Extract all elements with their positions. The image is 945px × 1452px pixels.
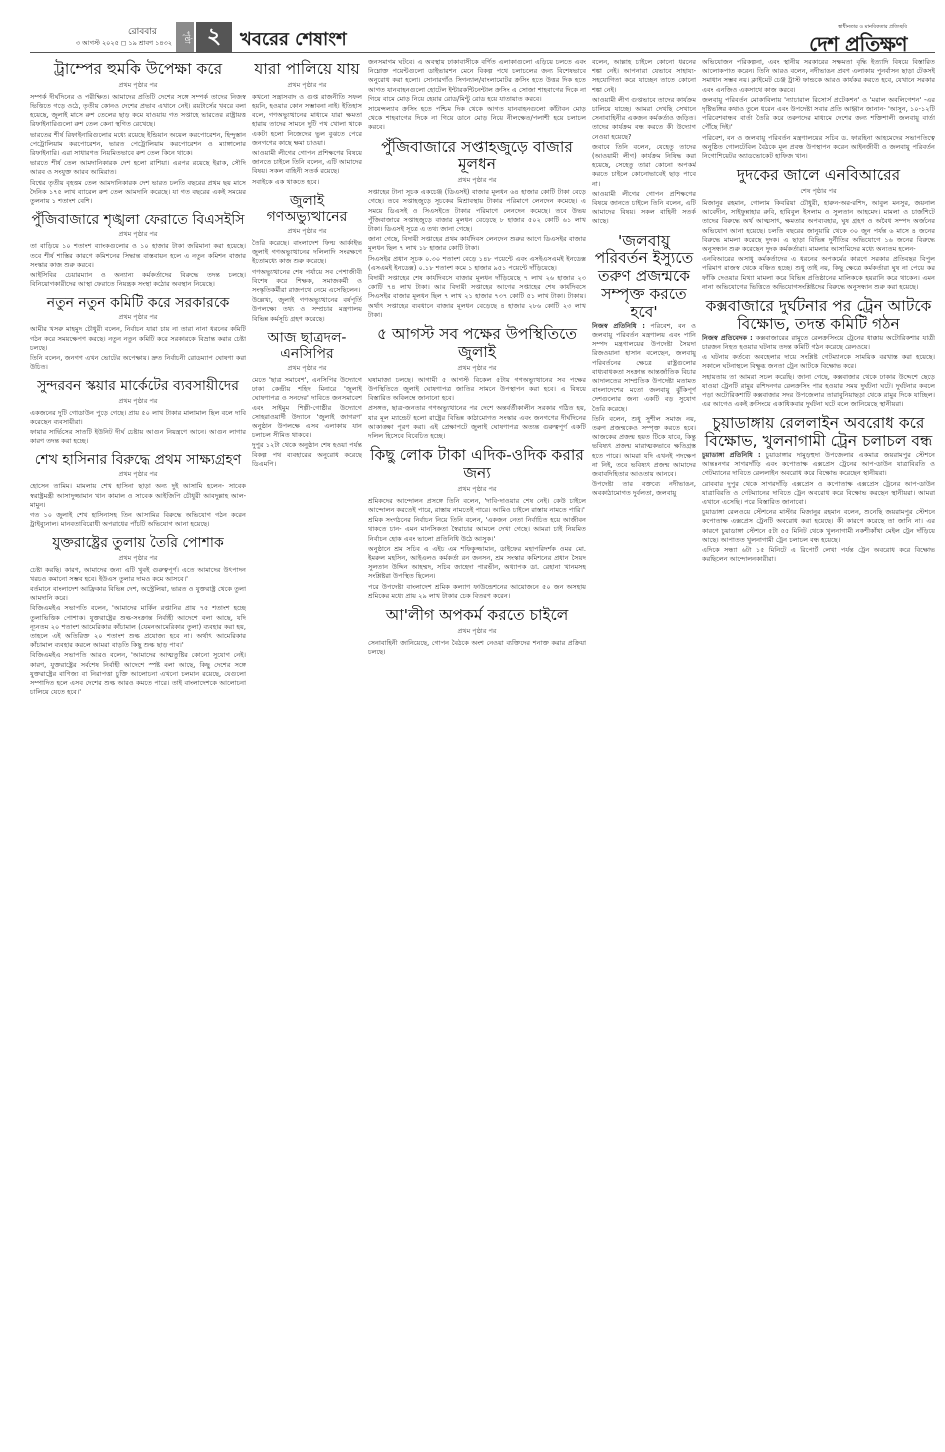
page-tag: পৃষ্ঠা — [176, 22, 194, 52]
headline: পুঁজিবাজারে সপ্তাহজুড়ে বাজার মূলধন — [368, 139, 586, 175]
paragraph: হোসেন তামিম। মামলায় শেখ হাসিনা ছাড়া অন… — [30, 482, 246, 510]
paragraph: শ্রমিকদের আন্দোলন প্রসঙ্গে তিনি বলেন, 'দ… — [368, 497, 586, 515]
paragraph: অনুষ্ঠানে শ্রম সচিব এ এইচ এম শফিকুজ্জামা… — [368, 545, 586, 582]
continuation-label: প্রথম পৃষ্ঠার পর — [368, 363, 586, 374]
paragraph: ফায়ার সার্ভিসের সাতটি ইউনিট দীর্ঘ চেষ্ট… — [30, 428, 246, 446]
continuation-label: প্রথম পৃষ্ঠার পর — [252, 80, 362, 91]
paragraph: জলবায়ু পরিবর্তন মোকাবিলায় 'ন্যাচারাল র… — [702, 96, 935, 133]
headline: আজ ছাত্রদল-এনসিপির — [252, 330, 362, 362]
article-climate-cont: অভিযোজন পরিকল্পনা, এবং স্থানীয় সরকারের … — [702, 58, 935, 161]
headline: ট্রাম্পের হুমকি উপেক্ষা করে — [30, 61, 246, 79]
paragraph: চুয়াডাঙ্গা প্রতিনিধি : চুয়াডাঙ্গার দাম… — [702, 451, 935, 479]
paragraph: ভারতের শীর্ষ রিফাইনারিগুলোর মধ্যে রয়েছে… — [30, 131, 246, 159]
article-aug5: ৫ আগস্ট সব পক্ষের উপস্থিতিতে জুলাই প্রথম… — [368, 326, 586, 441]
paragraph: জানা গেছে, বিদায়ী সপ্তাহের প্রথম কার্যদ… — [368, 235, 586, 253]
newspaper-page: রোববার ৩ আগস্ট ২০২৫ ◻ ১৯ শ্রাবণ ১৪৩২ পৃষ… — [30, 22, 935, 53]
continuation-label: শেষ পৃষ্ঠার পর — [702, 186, 935, 197]
dateline: নিজস্ব প্রতিনিধি : — [592, 322, 645, 330]
continuation-label: প্রথম পৃষ্ঠার পর — [252, 226, 362, 237]
paragraph: এনবিআরের অসাধু কর্মকর্তাদের এ ধরনের অপকর… — [702, 255, 935, 292]
paragraph: উপদেষ্টা তার বক্তব্যে নদীভাঙন, অবকাঠামোগ… — [592, 480, 696, 498]
paragraph: উল্লেখ্য, জুলাই গণঅভ্যুত্থানের বর্ষপূর্ত… — [252, 296, 362, 324]
paragraph: মেতে 'ছাত্র সমাবেশ', এনসিপির উদ্যোগে ঢাক… — [252, 376, 362, 440]
masthead-day: রোববার — [128, 24, 157, 39]
continuation-label: প্রথম পৃষ্ঠার পর — [368, 175, 586, 186]
article-al-cont: বলেন, আল্লাহ চাইলে কোনো ধরনের শঙ্কা নেই।… — [592, 58, 696, 227]
article-chuadanga: চুয়াডাঙ্গায় রেললাইন অবরোধ করে বিক্ষোভ,… — [702, 415, 935, 564]
article-ncp: আজ ছাত্রদল-এনসিপির প্রথম পৃষ্ঠার পর মেতে… — [252, 330, 362, 469]
headline: কক্সবাজারে দুর্ঘটনার পর ট্রেন আটকে বিক্ষ… — [702, 298, 935, 334]
paragraph: নিজস্ব প্রতিবেদক : কক্সবাজারের রামুতে রে… — [702, 334, 935, 352]
paragraph: পরিবেশ, বন ও জলবায়ু পরিবর্তন মন্ত্রণালয… — [702, 134, 935, 162]
article-stock-market: পুঁজিবাজারে সপ্তাহজুড়ে বাজার মূলধন প্রথ… — [368, 139, 586, 320]
headline: চুয়াডাঙ্গায় রেললাইন অবরোধ করে বিক্ষোভ,… — [702, 415, 935, 451]
column-3: জনসমাগম ঘটবে। এ অবস্থায় ঢাকাবাসীকে বর্ণ… — [368, 58, 586, 1448]
article-flee: যারা পালিয়ে যায় প্রথম পৃষ্ঠার পর কখনো … — [252, 61, 362, 187]
paragraph: ঘষামাজা চলছে। আগামী ৫ আগস্ট বিকেল ৫টায় … — [368, 376, 586, 404]
paragraph: বলেন, আল্লাহ চাইলে কোনো ধরনের শঙ্কা নেই।… — [592, 58, 696, 95]
continuation-label: প্রথম পৃষ্ঠার পর — [30, 396, 246, 407]
dateline: নিজস্ব প্রতিবেদক : — [702, 334, 753, 342]
paragraph: জনসমাগম ঘটবে। এ অবস্থায় ঢাকাবাসীকে বর্ণ… — [368, 58, 586, 104]
continuation-label: প্রথম পৃষ্ঠার পর — [30, 553, 246, 564]
paragraph: দুপুর ১২টা থেকে অনুষ্ঠান শেষ হওয়া পর্যন… — [252, 441, 362, 469]
paragraph: বিশ্বের তৃতীয় বৃহত্তম তেল আমদানিকারক দে… — [30, 179, 246, 207]
paragraph: সম্পর্ক দীর্ঘদিনের ও পরীক্ষিত। আমাদের প্… — [30, 93, 246, 130]
article-us-cotton: যুক্তরাষ্ট্রের তুলায় তৈরি পোশাক প্রথম প… — [30, 535, 246, 697]
headline: সুন্দরবন স্কয়ার মার্কেটের ব্যবসায়ীদের — [30, 378, 246, 394]
column-1: ট্রাম্পের হুমকি উপেক্ষা করে প্রথম পৃষ্ঠা… — [30, 58, 246, 1448]
paragraph: কখনো সন্ত্রাসবাদ ও গুপ্ত রাজনীতি সফল হয়… — [252, 93, 362, 148]
paragraph: বিদায়ী সপ্তাহের শেষ কার্যদিবসে বাজার মূ… — [368, 274, 586, 320]
headline: যুক্তরাষ্ট্রের তুলায় তৈরি পোশাক — [30, 535, 246, 551]
paragraph: এ ঘটনায় কর্তব্যে অবহেলার দায়ে সংশ্লিষ্… — [702, 353, 935, 371]
paragraph: আওয়ামী লীগ গুপ্তভাবে তাদের কার্যক্রম চা… — [592, 96, 696, 142]
paragraph: আমীর খসরু মাহমুদ চৌধুরী বলেন, নির্বাচন য… — [30, 325, 246, 353]
headline: জুলাই গণঅভ্যুত্থানের — [252, 193, 362, 225]
paragraph: জবাবে তিনি বলেন, যেহেতু তাদের (আওয়ামী ল… — [592, 143, 696, 189]
continuation-label: প্রথম পৃষ্ঠার পর — [30, 312, 246, 323]
headline: পুঁজিবাজারে শৃঙ্খলা ফেরাতে বিএসইসি — [30, 212, 246, 228]
article-labor: কিছু লোক টাকা এদিক-ওদিক করার জন্য প্রথম … — [368, 447, 586, 601]
paragraph: আওয়ামী লীগের গোপন প্রশিক্ষণের বিষয়ে জা… — [252, 149, 362, 177]
paragraph: তিনি বলেন, শুধু সুশীল সমাজ নয়, তরুণ প্র… — [592, 415, 696, 479]
headline: আ'লীগ অপকর্ম করতে চাইলে — [368, 607, 586, 625]
article-trump: ট্রাম্পের হুমকি উপেক্ষা করে প্রথম পৃষ্ঠা… — [30, 61, 246, 206]
column-5: অভিযোজন পরিকল্পনা, এবং স্থানীয় সরকারের … — [702, 58, 935, 1448]
paragraph: এদিকে সন্ধ্যা ৬টা ১৫ মিনিটে এ রিপোর্ট লে… — [702, 546, 935, 564]
article-july-uprising: জুলাই গণঅভ্যুত্থানের প্রথম পৃষ্ঠার পর তৈ… — [252, 193, 362, 324]
paragraph: সায়েন্সল্যাব ক্রসিং হতে পশ্চিম দিক থেকে… — [368, 105, 586, 133]
paragraph: প্রসঙ্গত, ছাত্র-জনতার গণঅভ্যুত্থানের পর … — [368, 404, 586, 441]
paragraph: তা বাড়িয়ে ১০ শতাংশ ব্যাংকগুলোর ও ১০ হা… — [30, 242, 246, 270]
paragraph: একজনের দুটি গোডাউন পুড়ে গেছে। প্রায় ৫০… — [30, 409, 246, 427]
article-climate-youth: 'জলবায়ু পরিবর্তন ইস্যুতে তরুণ প্রজন্মকে… — [592, 233, 696, 499]
paragraph: গত ১০ জুলাই শেখ হাসিনাসহ তিন আসামির বিরু… — [30, 511, 246, 529]
headline: কিছু লোক টাকা এদিক-ওদিক করার জন্য — [368, 447, 586, 483]
paragraph: সহায়তায় তা আমরা সচল করেছি। জানা গেছে, … — [702, 373, 935, 410]
article-al-misdeed: আ'লীগ অপকর্ম করতে চাইলে প্রথম পৃষ্ঠার পর… — [368, 607, 586, 657]
paragraph: চুয়াডাঙ্গা রেলওয়ে স্টেশনের মাস্টার মিজ… — [702, 508, 935, 545]
paragraph-text: পরিবেশ, বন ও জলবায়ু পরিবর্তন মন্ত্রণালয… — [592, 322, 696, 413]
headline: দুদকের জালে এনবিআরের — [702, 167, 935, 185]
continuation-label: প্রথম পৃষ্ঠার পর — [30, 80, 246, 91]
headline: ৫ আগস্ট সব পক্ষের উপস্থিতিতে জুলাই — [368, 326, 586, 362]
dateline: চুয়াডাঙ্গা প্রতিনিধি : — [702, 451, 761, 459]
paragraph: চেষ্টা করছি। কারণ, আমাদের জন্য এটি খুবই … — [30, 566, 246, 584]
masthead-date: ৩ আগস্ট ২০২৫ ◻ ১৯ শ্রাবণ ১৪৩২ — [30, 38, 172, 49]
paragraph: মিজানুর রহমান, গোলাম কিবরিয়া চৌধুরী, হা… — [702, 199, 935, 254]
paragraph: বিজিএমইএ সভাপতি বলেন, 'আমাদের মার্কিন রপ… — [30, 604, 246, 650]
paragraph: রোববার দুপুর থেকে সাগরদাঁড়ি এক্সপ্রেস ও… — [702, 480, 935, 508]
paragraph: সপ্তাহের টানা সূচক একচেঞ্জ (ডিএসই) বাজার… — [368, 188, 586, 234]
article-coxsbazar: কক্সবাজারে দুর্ঘটনার পর ট্রেন আটকে বিক্ষ… — [702, 298, 935, 409]
article-hasina: শেখ হাসিনার বিরুদ্ধে প্রথম সাক্ষ্যগ্রহণ … — [30, 452, 246, 529]
paragraph: তিনি বলেন, জনগণ এখন ভোটের অপেক্ষায়। দ্র… — [30, 354, 246, 372]
paragraph: আওয়ামী লীগের গোপন প্রশিক্ষণের বিষয়ে জা… — [592, 190, 696, 227]
paragraph: সেনাবাহিনী জানিয়েছে, গোপন বৈঠকে অংশ নেও… — [368, 639, 586, 657]
article-sundarban: সুন্দরবন স্কয়ার মার্কেটের ব্যবসায়ীদের … — [30, 378, 246, 446]
headline: শেখ হাসিনার বিরুদ্ধে প্রথম সাক্ষ্যগ্রহণ — [30, 452, 246, 468]
paragraph: গণঅভ্যুত্থানের শেষ পর্যায়ে সব পেশাজীবী … — [252, 268, 362, 296]
continuation-label: প্রথম পৃষ্ঠার পর — [368, 626, 586, 637]
article-new-committee: নতুন নতুন কমিটি করে সরকারকে প্রথম পৃষ্ঠা… — [30, 295, 246, 372]
paragraph: বিজিএমইএ সভাপতি আরও বলেন, 'আমাদের আত্মতু… — [30, 651, 246, 697]
continuation-label: প্রথম পৃষ্ঠার পর — [30, 469, 246, 480]
paragraph: নিজস্ব প্রতিনিধি : পরিবেশ, বন ও জলবায়ু … — [592, 322, 696, 414]
article-traffic: জনসমাগম ঘটবে। এ অবস্থায় ঢাকাবাসীকে বর্ণ… — [368, 58, 586, 133]
article-dudok: দুদকের জালে এনবিআরের শেষ পৃষ্ঠার পর মিজা… — [702, 167, 935, 292]
continuation-label: প্রথম পৃষ্ঠার পর — [368, 484, 586, 495]
paragraph: তৈরি করেছে। বাংলাদেশ ফিল্ম আর্কাইভ জুলাই… — [252, 239, 362, 267]
headline: 'জলবায়ু পরিবর্তন ইস্যুতে তরুণ প্রজন্মকে… — [592, 233, 696, 322]
paragraph: শ্রমিক সংগঠনের নির্বাচন নিয়ে তিনি বলেন,… — [368, 516, 586, 544]
headline: নতুন নতুন কমিটি করে সরকারকে — [30, 295, 246, 311]
paragraph: ভারতে শীর্ষ তেল আমদানিকারক দেশ হলো রাশিয… — [30, 159, 246, 177]
article-bsec: পুঁজিবাজারে শৃঙ্খলা ফেরাতে বিএসইসি প্রথম… — [30, 212, 246, 289]
column-2: যারা পালিয়ে যায় প্রথম পৃষ্ঠার পর কখনো … — [252, 58, 362, 1448]
headline: যারা পালিয়ে যায় — [252, 61, 362, 79]
paragraph: পরে উপদেষ্টা বাংলাদেশ শ্রমিক কল্যাণ ফাউন… — [368, 583, 586, 601]
continuation-label: প্রথম পৃষ্ঠার পর — [30, 229, 246, 240]
page-number: ২ — [196, 22, 232, 52]
section-title: খবরের শেষাংশ — [240, 25, 347, 56]
paragraph: বর্তমানে বাংলাদেশ আফ্রিকার বিভিন্ন দেশ, … — [30, 585, 246, 603]
paragraph: সিএসইর প্রধান সূচক ০.৩০ শতাংশ বেড়ে ১৪৮ … — [368, 255, 586, 273]
continuation-label: প্রথম পৃষ্ঠার পর — [252, 363, 362, 374]
paragraph: অভিযোজন পরিকল্পনা, এবং স্থানীয় সরকারের … — [702, 58, 935, 95]
paragraph: সবাইকে এক থাকতে হবে। — [252, 178, 362, 187]
column-4: বলেন, আল্লাহ চাইলে কোনো ধরনের শঙ্কা নেই।… — [592, 58, 696, 1448]
paragraph: আইসিবির চেয়ারম্যান ও অন্যান্য কর্মকর্তা… — [30, 271, 246, 289]
masthead: রোববার ৩ আগস্ট ২০২৫ ◻ ১৯ শ্রাবণ ১৪৩২ পৃষ… — [30, 22, 935, 53]
